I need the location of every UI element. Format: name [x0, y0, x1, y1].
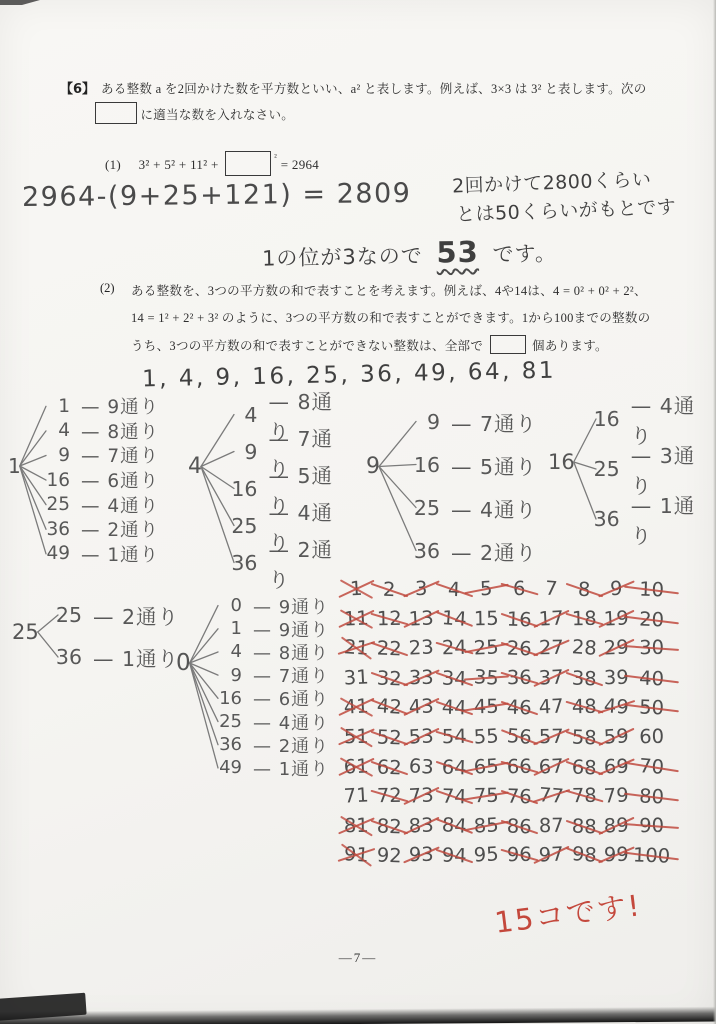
part2-line3-before: うち、3つの平方数の和で表すことができない整数は、全部で: [131, 339, 483, 353]
grid-number-struck: 100: [632, 841, 670, 872]
tree-row: 25— 4通り: [212, 710, 329, 733]
grid-number-struck: 97: [534, 840, 568, 871]
tree-row: 36— 2通り: [40, 517, 159, 542]
tree-row-square: 25: [590, 457, 620, 481]
tree-row: 9— 7通り: [40, 443, 159, 468]
grid-number-struck: 70: [632, 750, 671, 782]
tree-root-value: 0: [176, 650, 191, 676]
hw-ones-digit-prefix: 1の位が3なので: [262, 244, 423, 271]
tree-row-square: 36: [228, 551, 257, 575]
tree-row-ways: — 2通り: [93, 600, 179, 630]
tree-row-ways: — 6通り: [81, 467, 159, 493]
tree-root-1: 1 1— 9通り4— 8通り9— 7通り16— 6通り25— 4通り36— 2通…: [8, 394, 188, 578]
grid-number-struck: 45: [470, 692, 503, 722]
tree-row-square: 16: [410, 453, 440, 477]
tree-row: 9— 7通り: [212, 664, 329, 687]
grid-number-struck: 20: [632, 604, 670, 635]
grid-number-struck: 75: [470, 781, 503, 811]
tree-row: 49— 1通り: [40, 542, 159, 567]
tree-row-ways: — 8通り: [81, 418, 159, 444]
box-exponent: ²: [274, 152, 277, 162]
tree-row-square: 9: [40, 445, 70, 466]
grid-number-struck: 42: [372, 691, 407, 723]
grid-number-unstruck: 15: [470, 603, 503, 633]
tree-row-square: 36: [410, 539, 440, 563]
hw-calculation: 2964-(9+25+121) = 2809: [22, 178, 412, 213]
number-grid: 1234567891011121314151617181920212223242…: [340, 574, 670, 870]
grid-number-struck: 67: [534, 751, 568, 782]
tree-row-ways: — 6通り: [253, 685, 329, 711]
grid-number-struck: 88: [567, 811, 601, 842]
tree-row-square: 1: [40, 396, 70, 417]
grid-number-struck: 19: [599, 603, 633, 634]
grid-number-struck: 38: [567, 663, 601, 694]
problem-intro-line2-text: に適当な数を入れなさい。: [140, 108, 294, 122]
tree-row-ways: — 2通り: [81, 516, 159, 542]
tree-row-ways: — 9通り: [81, 393, 159, 419]
part2-line3: うち、3つの平方数の和で表すことができない整数は、全部で 個あります。: [131, 335, 608, 354]
problem-intro-line2: に適当な数を入れなさい。: [95, 102, 294, 124]
grid-number-struck: 36: [502, 662, 535, 692]
grid-number-unstruck: 7: [534, 573, 569, 605]
grid-number-unstruck: 92: [372, 841, 406, 872]
grid-number-struck: 73: [404, 780, 438, 811]
part2-line3-after: 個あります。: [532, 339, 608, 353]
grid-number-struck: 26: [502, 634, 536, 665]
tree-row-square: 25: [212, 711, 242, 732]
tree-row-square: 25: [52, 603, 82, 627]
tree-row-square: 9: [212, 665, 242, 686]
tree-row-square: 4: [40, 420, 70, 441]
tree-root-4: 4 4— 8通り9— 7通り16— 5通り25— 4通り36— 2通り: [188, 396, 353, 584]
tree-row-ways: — 1通り: [81, 541, 159, 567]
grid-number-struck: 91: [339, 839, 374, 871]
grid-number-struck: 9: [600, 574, 633, 604]
grid-number-struck: 50: [632, 693, 670, 724]
problem-intro-line1: ある整数 a を2回かけた数を平方数といい、a² と表します。例えば、3×3 は…: [101, 79, 647, 97]
grid-number-struck: 14: [437, 602, 472, 634]
tree-row: 36— 2通り: [228, 544, 353, 581]
tree-row-square: 1: [212, 618, 242, 639]
grid-number-struck: 29: [599, 632, 633, 663]
grid-number-struck: 24: [437, 633, 470, 663]
tree-row-square: 25: [228, 514, 257, 538]
part2-line1: ある整数を、3つの平方数の和で表すことを考えます。例えば、4や14は、4 = 0…: [131, 281, 647, 299]
grid-number-unstruck: 28: [567, 632, 602, 664]
grid-number-struck: 10: [632, 574, 670, 605]
tree-row-ways: — 7通り: [451, 407, 537, 437]
tree-row: 4— 8通り: [212, 640, 329, 663]
hw-final-answer: 15コです!: [492, 883, 643, 942]
tree-root-25: 25 25— 2通り36— 1通り: [12, 594, 184, 678]
grid-number-struck: 83: [404, 810, 438, 841]
tree-row-square: 49: [212, 757, 242, 778]
tree-row-square: 25: [40, 494, 70, 515]
grid-number-struck: 99: [600, 840, 633, 870]
tree-row-square: 16: [228, 477, 257, 501]
grid-number-struck: 65: [469, 751, 503, 782]
grid-number-struck: 17: [534, 603, 568, 634]
tree-root-value: 4: [188, 454, 202, 479]
grid-number-struck: 59: [599, 721, 633, 752]
tree-root-value: 1: [8, 454, 21, 478]
tree-row: 16— 6通り: [212, 687, 329, 710]
grid-number-struck: 86: [502, 811, 536, 842]
tree-row: 25— 3通り: [590, 444, 716, 494]
grid-number-struck: 4: [437, 574, 471, 605]
grid-number-struck: 54: [437, 722, 470, 752]
tree-root-value: 9: [366, 454, 380, 479]
tree-row-square: 16: [590, 407, 620, 431]
grid-number-struck: 94: [437, 841, 471, 872]
grid-number-struck: 25: [469, 632, 503, 663]
tree-row-ways: — 4通り: [81, 492, 159, 518]
tree-row: 36— 2通り: [410, 529, 537, 572]
tree-root-16: 16 16— 4通り25— 3通り36— 1通り: [548, 394, 716, 536]
page-number: —7—: [0, 950, 716, 966]
grid-number-struck: 12: [372, 603, 405, 633]
tree-row-ways: — 8通り: [253, 639, 329, 665]
tree-row-square: 36: [40, 519, 70, 540]
grid-number-struck: 84: [437, 810, 472, 842]
tree-root-9: 9 9— 7通り16— 5通り25— 4通り36— 2通り: [366, 400, 544, 572]
tree-row: 25— 2通り: [52, 594, 179, 636]
grid-number-struck: 62: [372, 752, 406, 783]
grid-number-struck: 57: [535, 722, 568, 752]
tree-row: 36— 1通り: [590, 494, 716, 544]
grid-number-struck: 16: [502, 604, 536, 635]
tree-root-0: 0 0— 9通り1— 9通り4— 8通り9— 7通り16— 6通り25— 4通り…: [176, 594, 344, 782]
tree-row-ways: — 1通り: [631, 489, 716, 549]
grid-number-struck: 49: [599, 691, 634, 723]
hw-ones-digit-note: 1の位が3なので 53 です。: [262, 233, 557, 272]
tree-row-square: 9: [410, 410, 440, 434]
grid-number-struck: 18: [567, 603, 600, 633]
grid-number-struck: 90: [633, 810, 671, 840]
tree-row: 36— 2通り: [212, 733, 329, 756]
grid-number-struck: 58: [567, 722, 601, 753]
grid-number-struck: 74: [437, 782, 471, 813]
grid-number-unstruck: 95: [469, 840, 503, 871]
tree-row-square: 4: [212, 641, 242, 662]
part1-equation-left: 3² + 5² + 11² +: [139, 157, 219, 172]
tree-row: 0— 9通り: [212, 594, 329, 617]
hw-answer-53: 53: [436, 235, 479, 270]
tree-row: 1— 9通り: [40, 394, 159, 419]
tree-row-ways: — 7通り: [253, 662, 329, 688]
tree-row-square: 49: [40, 543, 70, 564]
grid-number-struck: 66: [502, 751, 535, 781]
grid-number-struck: 64: [437, 752, 471, 783]
tree-row: 49— 1通り: [212, 756, 329, 779]
grid-number-struck: 22: [372, 634, 406, 665]
grid-number-struck: 3: [405, 574, 438, 604]
tree-row-ways: — 1通り: [93, 642, 179, 672]
answer-box-intro: [95, 102, 137, 124]
grid-number-unstruck: 23: [404, 632, 438, 663]
grid-number-struck: 11: [339, 603, 373, 634]
grid-number-struck: 85: [469, 810, 503, 841]
grid-number-unstruck: 63: [404, 750, 439, 782]
tree-row-ways: — 9通り: [253, 616, 329, 642]
grid-number-struck: 27: [535, 633, 568, 663]
grid-number-struck: 53: [404, 721, 438, 752]
grid-number-struck: 8: [567, 574, 601, 605]
tree-row-ways: — 9通り: [253, 593, 329, 619]
grid-number-struck: 98: [567, 839, 602, 871]
scan-artifact-bottom-edge: [0, 1006, 716, 1024]
tree-row-ways: — 4通り: [451, 493, 537, 523]
tree-row: 9— 7通り: [410, 400, 537, 443]
grid-number-unstruck: 47: [534, 692, 568, 723]
grid-number-struck: 5: [469, 573, 503, 604]
tree-row: 16— 6通り: [40, 468, 159, 493]
grid-number-struck: 1: [339, 573, 373, 604]
grid-number-struck: 61: [339, 751, 373, 782]
tree-row-ways: — 5通り: [451, 450, 537, 480]
answer-box-part2: [490, 335, 526, 354]
tree-row: 16— 4通り: [590, 394, 716, 444]
tree-row: 25— 4通り: [410, 486, 537, 529]
tree-row-ways: — 7通り: [81, 442, 159, 468]
tree-root-value: 16: [548, 450, 575, 474]
part2-label: (2): [100, 281, 115, 296]
grid-number-struck: 37: [534, 662, 568, 693]
part1-equation: (1) 3² + 5² + 11² + ² = 2964: [105, 151, 319, 176]
grid-number-unstruck: 79: [599, 780, 633, 811]
grid-number-unstruck: 71: [339, 780, 373, 811]
scanned-worksheet-page: 【6】 ある整数 a を2回かけた数を平方数といい、a² と表します。例えば、3…: [0, 0, 716, 1024]
tree-row-ways: — 1通り: [253, 755, 329, 781]
grid-number-struck: 46: [502, 693, 536, 724]
tree-row: 36— 1通り: [52, 636, 179, 678]
tree-row-square: 9: [228, 440, 257, 464]
grid-number-struck: 51: [340, 722, 373, 752]
grid-number-struck: 96: [502, 840, 535, 870]
grid-number-struck: 48: [567, 692, 600, 722]
grid-number-struck: 78: [567, 781, 600, 811]
grid-number-struck: 77: [534, 780, 569, 812]
grid-number-struck: 6: [502, 574, 535, 604]
grid-number-unstruck: 55: [469, 721, 503, 752]
grid-number-struck: 72: [372, 781, 405, 811]
tree-row-square: 16: [212, 688, 242, 709]
grid-number-struck: 41: [339, 692, 373, 723]
grid-number-struck: 56: [502, 721, 537, 753]
grid-number-struck: 43: [404, 692, 438, 723]
answer-box-part1: [225, 151, 271, 176]
tree-row-square: 0: [212, 595, 242, 616]
grid-number-struck: 93: [405, 840, 438, 870]
tree-row-square: 36: [590, 507, 620, 531]
part1-label: (1): [105, 157, 121, 172]
tree-row-square: 36: [52, 645, 82, 669]
tree-row-square: 16: [40, 470, 70, 491]
tree-row-square: 4: [228, 403, 257, 427]
grid-number-struck: 40: [632, 663, 670, 694]
tree-row: 4— 8通り: [40, 419, 159, 444]
problem-number-label: 【6】: [60, 78, 95, 97]
grid-number-unstruck: 60: [633, 722, 671, 752]
tree-row-square: 25: [410, 496, 440, 520]
grid-number-struck: 35: [469, 662, 504, 694]
tree-row-ways: — 4通り: [253, 709, 329, 735]
grid-number-struck: 81: [340, 810, 373, 840]
grid-number-unstruck: 87: [535, 810, 568, 840]
hw-answer-53-suffix: です。: [492, 241, 557, 266]
grid-number-struck: 13: [404, 603, 438, 634]
grid-number-struck: 21: [339, 632, 374, 664]
grid-number-struck: 32: [372, 663, 406, 694]
hw-estimate-note-line2: とは50くらいがもとです: [456, 192, 677, 227]
grid-number-struck: 33: [405, 662, 438, 692]
scan-artifact-top-left: [0, 0, 40, 5]
tree-row-ways: — 2通り: [253, 732, 329, 758]
tree-row-ways: — 2通り: [451, 536, 537, 566]
grid-number-struck: 68: [567, 752, 601, 783]
part1-equation-right: = 2964: [281, 157, 319, 172]
grid-number-struck: 69: [600, 751, 633, 781]
part2-line2: 14 = 1² + 2² + 3² のように、3つの平方数の和で表すことができま…: [131, 308, 650, 326]
tree-row: 1— 9通り: [212, 617, 329, 640]
tree-row: 25— 4通り: [40, 492, 159, 517]
grid-number-struck: 76: [502, 782, 536, 813]
grid-number-struck: 80: [632, 782, 670, 813]
grid-number-struck: 89: [599, 810, 633, 841]
grid-number-struck: 52: [372, 722, 406, 753]
grid-number-unstruck: 39: [600, 662, 633, 692]
grid-number-struck: 82: [372, 811, 406, 842]
tree-row: 16— 5通り: [410, 443, 537, 486]
grid-number-struck: 2: [372, 574, 406, 605]
tree-root-value: 25: [12, 620, 39, 644]
grid-number-struck: 30: [633, 633, 671, 663]
grid-number-unstruck: 31: [339, 662, 373, 693]
tree-row-square: 36: [212, 734, 242, 755]
